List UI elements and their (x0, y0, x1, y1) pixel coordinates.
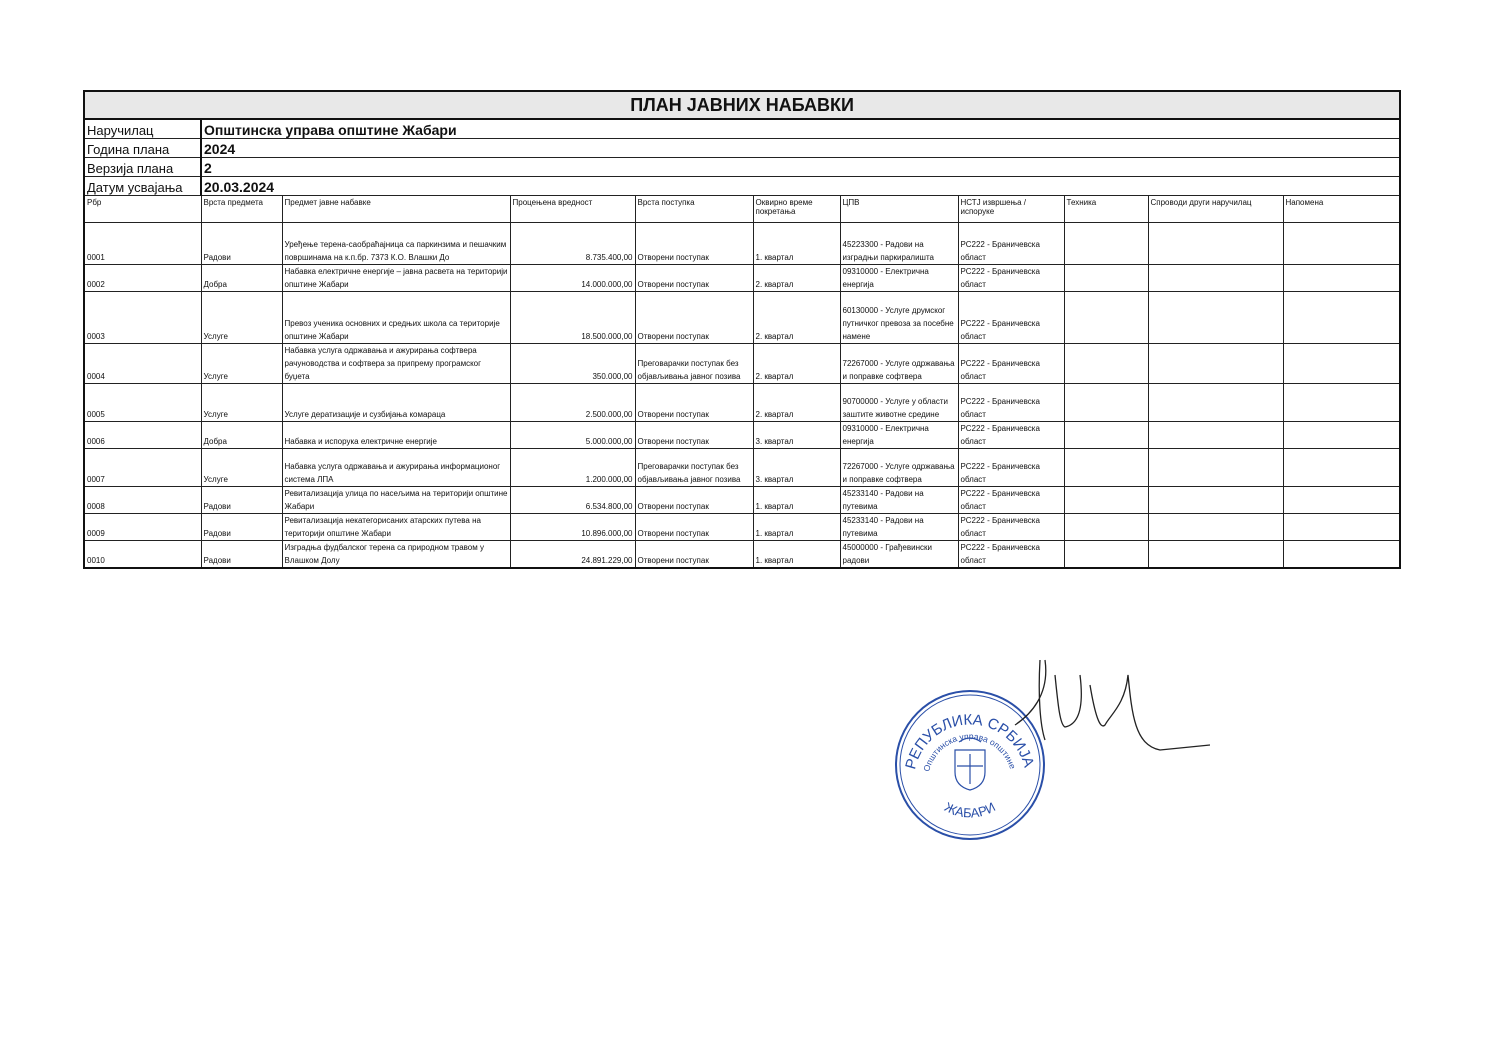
table-row: 0007УслугеНабавка услуга одржавања и ажу… (84, 449, 1400, 487)
cell-time: 1. квартал (753, 487, 840, 514)
cell-technique (1064, 487, 1148, 514)
cell-time: 1. квартал (753, 223, 840, 265)
cell-nstj: РС222 - Браничевска област (958, 265, 1064, 292)
cell-note (1283, 384, 1400, 422)
cell-cpv: 45000000 - Грађевински радови (840, 541, 958, 569)
cell-rbr: 0006 (84, 422, 201, 449)
cell-technique (1064, 384, 1148, 422)
cell-procedure: Отворени поступак (635, 422, 753, 449)
cell-technique (1064, 344, 1148, 384)
cell-cpv: 72267000 - Услуге одржавања и поправке с… (840, 449, 958, 487)
cell-type: Добра (201, 265, 282, 292)
cell-other (1148, 292, 1283, 344)
cell-note (1283, 344, 1400, 384)
cell-nstj: РС222 - Браничевска област (958, 223, 1064, 265)
cell-other (1148, 514, 1283, 541)
column-header: Техника (1064, 196, 1148, 223)
cell-time: 2. квартал (753, 265, 840, 292)
cell-procedure: Преговарачки поступак без објављивања ја… (635, 344, 753, 384)
cell-value: 8.735.400,00 (510, 223, 635, 265)
cell-type: Радови (201, 487, 282, 514)
meta-label: Датум усвајања (84, 177, 201, 196)
coat-of-arms-icon (955, 738, 985, 790)
cell-time: 2. квартал (753, 292, 840, 344)
cell-note (1283, 487, 1400, 514)
cell-rbr: 0008 (84, 487, 201, 514)
cell-value: 6.534.800,00 (510, 487, 635, 514)
column-header: Рбр (84, 196, 201, 223)
cell-other (1148, 541, 1283, 569)
meta-label: Година плана (84, 139, 201, 158)
table-row: 0005УслугеУслуге дератизације и сузбијањ… (84, 384, 1400, 422)
cell-subject: Ревитализација некатегорисаних атарских … (282, 514, 510, 541)
cell-cpv: 09310000 - Електрична енергија (840, 422, 958, 449)
cell-procedure: Преговарачки поступак без објављивања ја… (635, 449, 753, 487)
table-row: 0009РадовиРевитализација некатегорисаних… (84, 514, 1400, 541)
column-header: Процењена вредност (510, 196, 635, 223)
cell-value: 14.000.000,00 (510, 265, 635, 292)
cell-technique (1064, 541, 1148, 569)
cell-subject: Услуге дератизације и сузбијања комараца (282, 384, 510, 422)
cell-note (1283, 223, 1400, 265)
cell-value: 2.500.000,00 (510, 384, 635, 422)
cell-rbr: 0007 (84, 449, 201, 487)
table-row: 0008РадовиРевитализација улица по насељи… (84, 487, 1400, 514)
cell-procedure: Отворени поступак (635, 487, 753, 514)
document-title: ПЛАН ЈАВНИХ НАБАВКИ (84, 91, 1400, 119)
cell-type: Услуге (201, 292, 282, 344)
cell-technique (1064, 265, 1148, 292)
meta-value: 2 (201, 158, 1400, 177)
cell-technique (1064, 449, 1148, 487)
cell-value: 10.896.000,00 (510, 514, 635, 541)
cell-rbr: 0003 (84, 292, 201, 344)
cell-cpv: 45233140 - Радови на путевима (840, 487, 958, 514)
column-header: Спроводи други наручилац (1148, 196, 1283, 223)
cell-subject: Набавка електричне енергије – јавна расв… (282, 265, 510, 292)
cell-other (1148, 422, 1283, 449)
cell-procedure: Отворени поступак (635, 265, 753, 292)
cell-note (1283, 422, 1400, 449)
cell-time: 1. квартал (753, 514, 840, 541)
column-header: НСТЈ извршења / испоруке (958, 196, 1064, 223)
column-header: ЦПВ (840, 196, 958, 223)
cell-rbr: 0005 (84, 384, 201, 422)
cell-subject: Набавка и испорука електричне енергије (282, 422, 510, 449)
cell-value: 1.200.000,00 (510, 449, 635, 487)
cell-note (1283, 449, 1400, 487)
cell-nstj: РС222 - Браничевска област (958, 292, 1064, 344)
cell-nstj: РС222 - Браничевска област (958, 541, 1064, 569)
cell-value: 24.891.229,00 (510, 541, 635, 569)
meta-value: Општинска управа општине Жабари (201, 119, 1400, 139)
cell-note (1283, 265, 1400, 292)
cell-time: 2. квартал (753, 344, 840, 384)
cell-value: 350.000,00 (510, 344, 635, 384)
cell-type: Услуге (201, 449, 282, 487)
table-row: 0010РадовиИзградња фудбалског терена са … (84, 541, 1400, 569)
meta-value: 20.03.2024 (201, 177, 1400, 196)
cell-time: 3. квартал (753, 449, 840, 487)
cell-rbr: 0001 (84, 223, 201, 265)
cell-technique (1064, 514, 1148, 541)
cell-cpv: 60130000 - Услуге друмског путничког пре… (840, 292, 958, 344)
signature (1010, 655, 1210, 765)
procurement-plan: ПЛАН ЈАВНИХ НАБАВКИ НаручилацОпштинска у… (83, 90, 1399, 569)
column-header: Предмет јавне набавке (282, 196, 510, 223)
cell-other (1148, 384, 1283, 422)
cell-cpv: 09310000 - Електрична енергија (840, 265, 958, 292)
cell-other (1148, 487, 1283, 514)
cell-rbr: 0004 (84, 344, 201, 384)
cell-value: 18.500.000,00 (510, 292, 635, 344)
cell-cpv: 72267000 - Услуге одржавања и поправке с… (840, 344, 958, 384)
cell-other (1148, 344, 1283, 384)
cell-technique (1064, 223, 1148, 265)
cell-rbr: 0009 (84, 514, 201, 541)
cell-nstj: РС222 - Браничевска област (958, 422, 1064, 449)
cell-procedure: Отворени поступак (635, 541, 753, 569)
cell-subject: Превоз ученика основних и средњих школа … (282, 292, 510, 344)
cell-technique (1064, 422, 1148, 449)
cell-subject: Набавка услуга одржавања и ажурирања инф… (282, 449, 510, 487)
cell-subject: Уређење терена-саобраћајница са паркинзи… (282, 223, 510, 265)
cell-subject: Ревитализација улица по насељима на тери… (282, 487, 510, 514)
cell-nstj: РС222 - Браничевска област (958, 344, 1064, 384)
column-header: Врста поступка (635, 196, 753, 223)
cell-other (1148, 223, 1283, 265)
cell-nstj: РС222 - Браничевска област (958, 487, 1064, 514)
cell-subject: Изградња фудбалског терена са природном … (282, 541, 510, 569)
meta-value: 2024 (201, 139, 1400, 158)
cell-note (1283, 541, 1400, 569)
table-row: 0001РадовиУређење терена-саобраћајница с… (84, 223, 1400, 265)
cell-note (1283, 292, 1400, 344)
cell-time: 2. квартал (753, 384, 840, 422)
cell-time: 3. квартал (753, 422, 840, 449)
cell-procedure: Отворени поступак (635, 292, 753, 344)
cell-type: Радови (201, 223, 282, 265)
meta-label: Верзија плана (84, 158, 201, 177)
cell-procedure: Отворени поступак (635, 384, 753, 422)
cell-other (1148, 265, 1283, 292)
cell-note (1283, 514, 1400, 541)
cell-procedure: Отворени поступак (635, 514, 753, 541)
table-row: 0006ДобраНабавка и испорука електричне е… (84, 422, 1400, 449)
cell-rbr: 0010 (84, 541, 201, 569)
column-header: Напомена (1283, 196, 1400, 223)
table-row: 0004УслугеНабавка услуга одржавања и ажу… (84, 344, 1400, 384)
cell-cpv: 45223300 - Радови на изградњи паркиралиш… (840, 223, 958, 265)
table-row: 0002ДобраНабавка електричне енергије – ј… (84, 265, 1400, 292)
column-header: Врста предмета (201, 196, 282, 223)
cell-type: Радови (201, 514, 282, 541)
cell-subject: Набавка услуга одржавања и ажурирања соф… (282, 344, 510, 384)
cell-value: 5.000.000,00 (510, 422, 635, 449)
cell-rbr: 0002 (84, 265, 201, 292)
cell-type: Услуге (201, 384, 282, 422)
cell-type: Добра (201, 422, 282, 449)
cell-type: Услуге (201, 344, 282, 384)
meta-label: Наручилац (84, 119, 201, 139)
procurement-table: ПЛАН ЈАВНИХ НАБАВКИ НаручилацОпштинска у… (83, 90, 1401, 569)
cell-procedure: Отворени поступак (635, 223, 753, 265)
cell-nstj: РС222 - Браничевска област (958, 384, 1064, 422)
cell-other (1148, 449, 1283, 487)
stamp-bottom-text: ЖАБАРИ (942, 799, 998, 820)
cell-time: 1. квартал (753, 541, 840, 569)
cell-nstj: РС222 - Браничевска област (958, 449, 1064, 487)
cell-cpv: 45233140 - Радови на путевима (840, 514, 958, 541)
cell-cpv: 90700000 - Услуге у области заштите живо… (840, 384, 958, 422)
cell-nstj: РС222 - Браничевска област (958, 514, 1064, 541)
column-header: Оквирно време покретања (753, 196, 840, 223)
cell-type: Радови (201, 541, 282, 569)
table-row: 0003УслугеПревоз ученика основних и сред… (84, 292, 1400, 344)
cell-technique (1064, 292, 1148, 344)
svg-text:ЖАБАРИ: ЖАБАРИ (942, 799, 998, 820)
